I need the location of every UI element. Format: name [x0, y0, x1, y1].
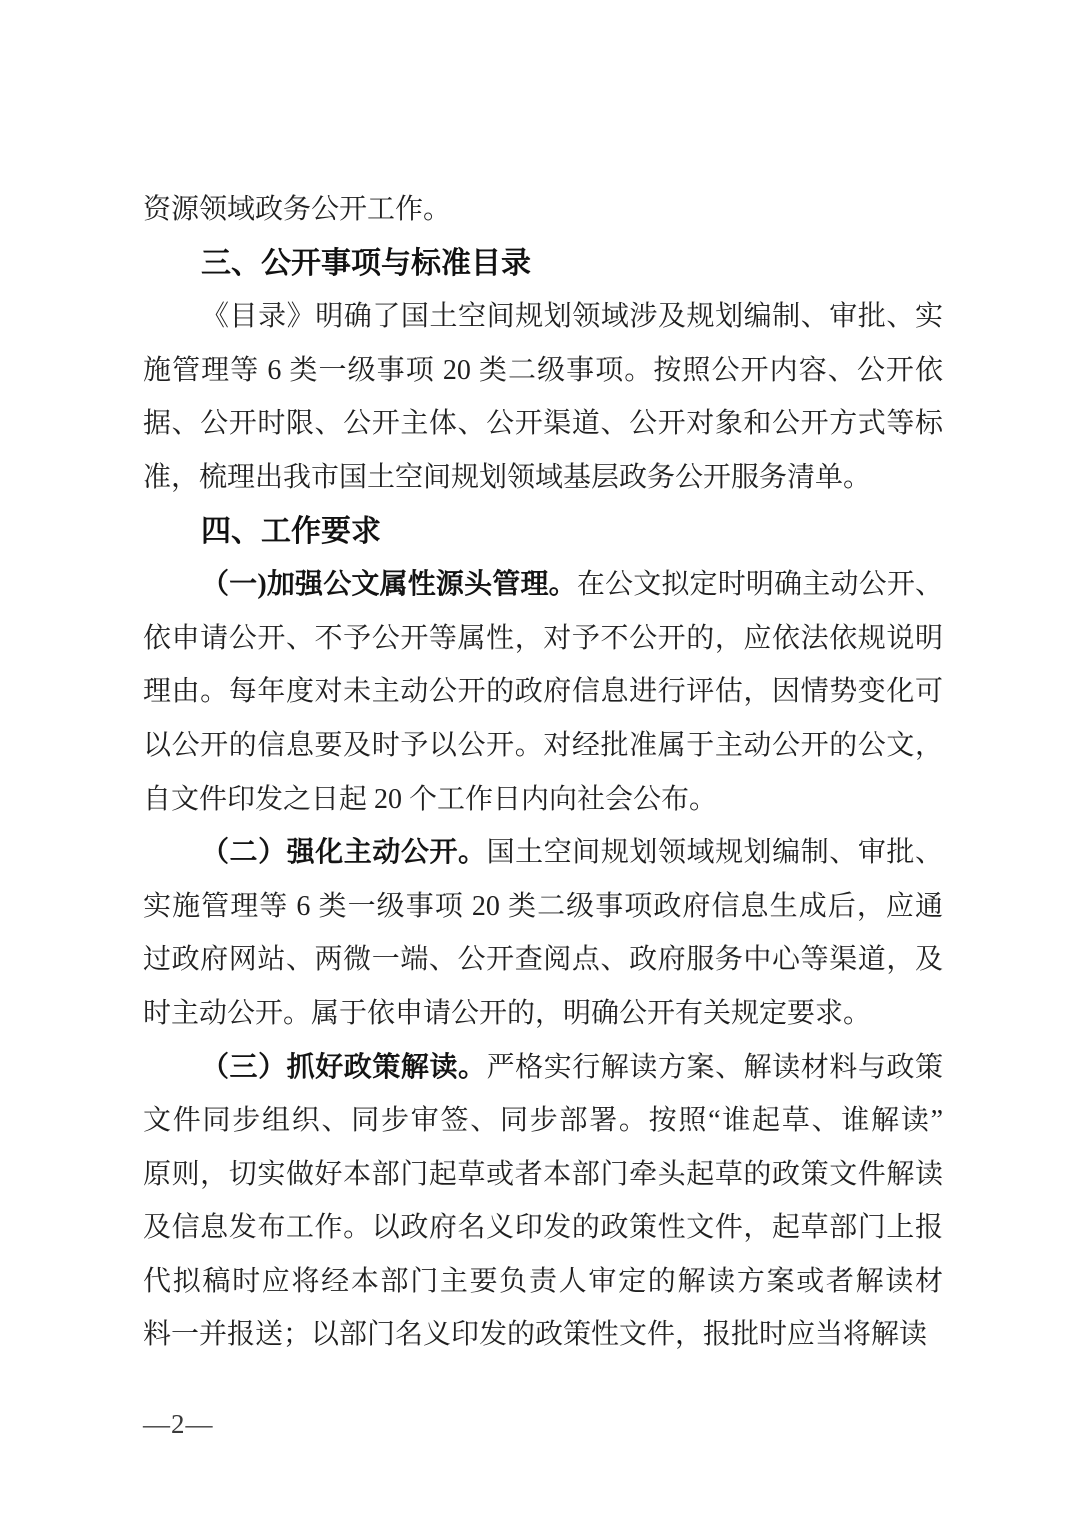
- body-text: 及信息发布工作。以政府名义印发的政策性文件，起草部门上报: [143, 1212, 943, 1243]
- text-line: 据、公开时限、公开主体、公开渠道、公开对象和公开方式等标: [143, 397, 943, 451]
- text-line: 代拟稿时应将经本部门主要负责人审定的解读方案或者解读材: [143, 1255, 943, 1309]
- body-text: 在公文拟定时明确主动公开、: [577, 569, 943, 600]
- body-text: 实施管理等 6 类一级事项 20 类二级事项政府信息生成后，应通: [143, 891, 943, 922]
- bold-lead-text: 三、公开事项与标准目录: [201, 247, 531, 280]
- body-text: 料一并报送；以部门名义印发的政策性文件，报批时应当将解读: [143, 1319, 927, 1350]
- document-page: 资源领域政务公开工作。三、公开事项与标准目录《目录》明确了国土空间规划领域涉及规…: [0, 0, 1074, 1520]
- text-line: 料一并报送；以部门名义印发的政策性文件，报批时应当将解读: [143, 1308, 943, 1362]
- text-line: 准，梳理出我市国土空间规划领域基层政务公开服务清单。: [143, 451, 943, 505]
- text-line: 原则，切实做好本部门起草或者本部门牵头起草的政策文件解读: [143, 1148, 943, 1202]
- body-text: 时主动公开。属于依申请公开的，明确公开有关规定要求。: [143, 998, 871, 1029]
- section-heading: 三、公开事项与标准目录: [143, 237, 943, 291]
- body-text: 以公开的信息要及时予以公开。对经批准属于主动公开的公文，: [143, 730, 943, 761]
- body-text: 《目录》明确了国土空间规划领域涉及规划编制、审批、实: [201, 301, 943, 332]
- bold-lead-text: （二）强化主动公开。: [201, 837, 487, 868]
- body-text: 资源领域政务公开工作。: [143, 194, 451, 225]
- body-text: 施管理等 6 类一级事项 20 类二级事项。按照公开内容、公开依: [143, 355, 943, 386]
- body-text: 原则，切实做好本部门起草或者本部门牵头起草的政策文件解读: [143, 1159, 943, 1190]
- text-line: 自文件印发之日起 20 个工作日内向社会公布。: [143, 773, 943, 827]
- text-line: 资源领域政务公开工作。: [143, 183, 943, 237]
- body-text: 文件同步组织、同步审签、同步部署。按照“谁起草、谁解读”: [143, 1105, 943, 1136]
- body-text: 据、公开时限、公开主体、公开渠道、公开对象和公开方式等标: [143, 408, 943, 439]
- body-text: 国土空间规划领域规划编制、审批、: [487, 837, 943, 868]
- body-text: 理由。每年度对未主动公开的政府信息进行评估，因情势变化可: [143, 676, 943, 707]
- text-line: 时主动公开。属于依申请公开的，明确公开有关规定要求。: [143, 987, 943, 1041]
- page-number: —2—: [143, 1404, 214, 1444]
- text-line: （三）抓好政策解读。严格实行解读方案、解读材料与政策: [143, 1041, 943, 1095]
- text-line: 过政府网站、两微一端、公开查阅点、政府服务中心等渠道，及: [143, 933, 943, 987]
- bold-lead-text: （一)加强公文属性源头管理。: [201, 569, 577, 600]
- text-line: 《目录》明确了国土空间规划领域涉及规划编制、审批、实: [143, 290, 943, 344]
- body-text: 严格实行解读方案、解读材料与政策: [487, 1052, 943, 1083]
- text-line: （一)加强公文属性源头管理。在公文拟定时明确主动公开、: [143, 558, 943, 612]
- body-text: 过政府网站、两微一端、公开查阅点、政府服务中心等渠道，及: [143, 944, 943, 975]
- document-body: 资源领域政务公开工作。三、公开事项与标准目录《目录》明确了国土空间规划领域涉及规…: [143, 183, 943, 1362]
- body-text: 自文件印发之日起 20 个工作日内向社会公布。: [143, 784, 717, 815]
- bold-lead-text: （三）抓好政策解读。: [201, 1052, 487, 1083]
- text-line: （二）强化主动公开。国土空间规划领域规划编制、审批、: [143, 826, 943, 880]
- body-text: 准，梳理出我市国土空间规划领域基层政务公开服务清单。: [143, 462, 871, 493]
- text-line: 理由。每年度对未主动公开的政府信息进行评估，因情势变化可: [143, 665, 943, 719]
- text-line: 文件同步组织、同步审签、同步部署。按照“谁起草、谁解读”: [143, 1094, 943, 1148]
- section-heading: 四、工作要求: [143, 505, 943, 559]
- bold-lead-text: 四、工作要求: [201, 515, 381, 548]
- text-line: 以公开的信息要及时予以公开。对经批准属于主动公开的公文，: [143, 719, 943, 773]
- text-line: 及信息发布工作。以政府名义印发的政策性文件，起草部门上报: [143, 1201, 943, 1255]
- body-text: 代拟稿时应将经本部门主要负责人审定的解读方案或者解读材: [143, 1266, 943, 1297]
- body-text: 依申请公开、不予公开等属性，对予不公开的，应依法依规说明: [143, 623, 943, 654]
- text-line: 施管理等 6 类一级事项 20 类二级事项。按照公开内容、公开依: [143, 344, 943, 398]
- text-line: 依申请公开、不予公开等属性，对予不公开的，应依法依规说明: [143, 612, 943, 666]
- text-line: 实施管理等 6 类一级事项 20 类二级事项政府信息生成后，应通: [143, 880, 943, 934]
